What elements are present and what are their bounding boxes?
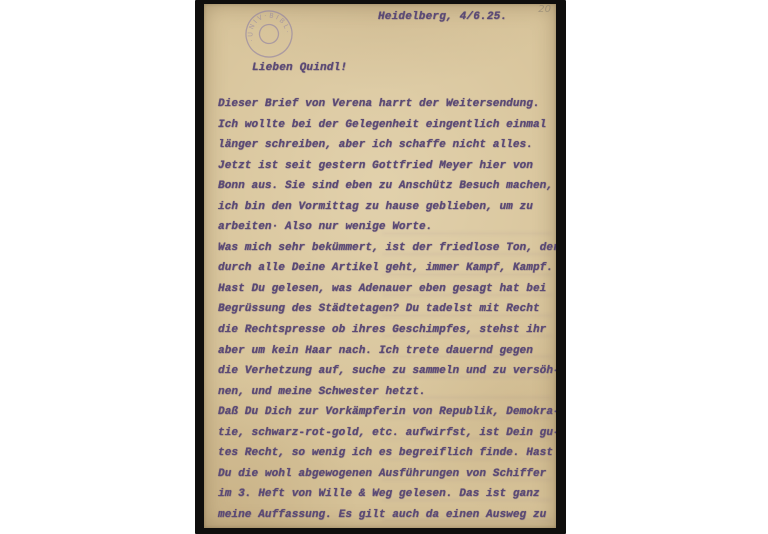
letter-line: Begrüssung des Städtetagen? Du tadelst m… xyxy=(218,299,554,320)
scanned-letter-page: · U N I V · B I B L · 20 Heidelberg, 4/6… xyxy=(0,0,768,534)
letter-line: die Rechtspresse ob ihres Geschimpfes, s… xyxy=(218,320,554,341)
letter-line: Hast Du gelesen, was Adenauer eben gesag… xyxy=(218,279,554,300)
letter-line: länger schreiben, aber ich schaffe nicht… xyxy=(218,135,554,156)
pencil-page-number: 20 xyxy=(538,4,551,15)
letter-line: Ich wollte bei der Gelegenheit eingentli… xyxy=(218,115,554,136)
letter-line: Dieser Brief von Verena harrt der Weiter… xyxy=(218,94,554,115)
letter-paper: · U N I V · B I B L · 20 Heidelberg, 4/6… xyxy=(204,4,556,528)
letter-line: Du die wohl abgewogenen Ausführungen von… xyxy=(218,464,554,485)
letter-line: tie, schwarz-rot-gold, etc. aufwirfst, i… xyxy=(218,423,554,444)
letter-line: die Verhetzung auf, suche zu sammeln und… xyxy=(218,361,554,382)
letter-body: Dieser Brief von Verena harrt der Weiter… xyxy=(218,94,554,525)
dateline: Heidelberg, 4/6.25. xyxy=(378,11,507,23)
salutation: Lieben Quindl! xyxy=(252,62,347,74)
letter-line: Jetzt ist seit gestern Gottfried Meyer h… xyxy=(218,156,554,177)
library-round-stamp-icon: · U N I V · B I B L · xyxy=(233,4,304,70)
letter-line: meine Auffassung. Es gilt auch da einen … xyxy=(218,505,554,526)
letter-line: im 3. Heft von Wille & Weg gelesen. Das … xyxy=(218,484,554,505)
letter-line: ich bin den Vormittag zu hause geblieben… xyxy=(218,197,554,218)
letter-line: Bonn aus. Sie sind eben zu Anschütz Besu… xyxy=(218,176,554,197)
letter-line: Was mich sehr bekümmert, ist der friedlo… xyxy=(218,238,554,259)
letter-line: Daß Du Dich zur Vorkämpferin von Republi… xyxy=(218,402,554,423)
scan-backdrop: · U N I V · B I B L · 20 Heidelberg, 4/6… xyxy=(195,0,566,534)
letter-line: aber um kein Haar nach. Ich trete dauern… xyxy=(218,341,554,362)
letter-line: durch alle Deine Artikel geht, immer Kam… xyxy=(218,258,554,279)
letter-line: arbeiten· Also nur wenige Worte. xyxy=(218,217,554,238)
letter-line: tes Recht, so wenig ich es begreiflich f… xyxy=(218,443,554,464)
letter-line: nen, und meine Schwester hetzt. xyxy=(218,382,554,403)
